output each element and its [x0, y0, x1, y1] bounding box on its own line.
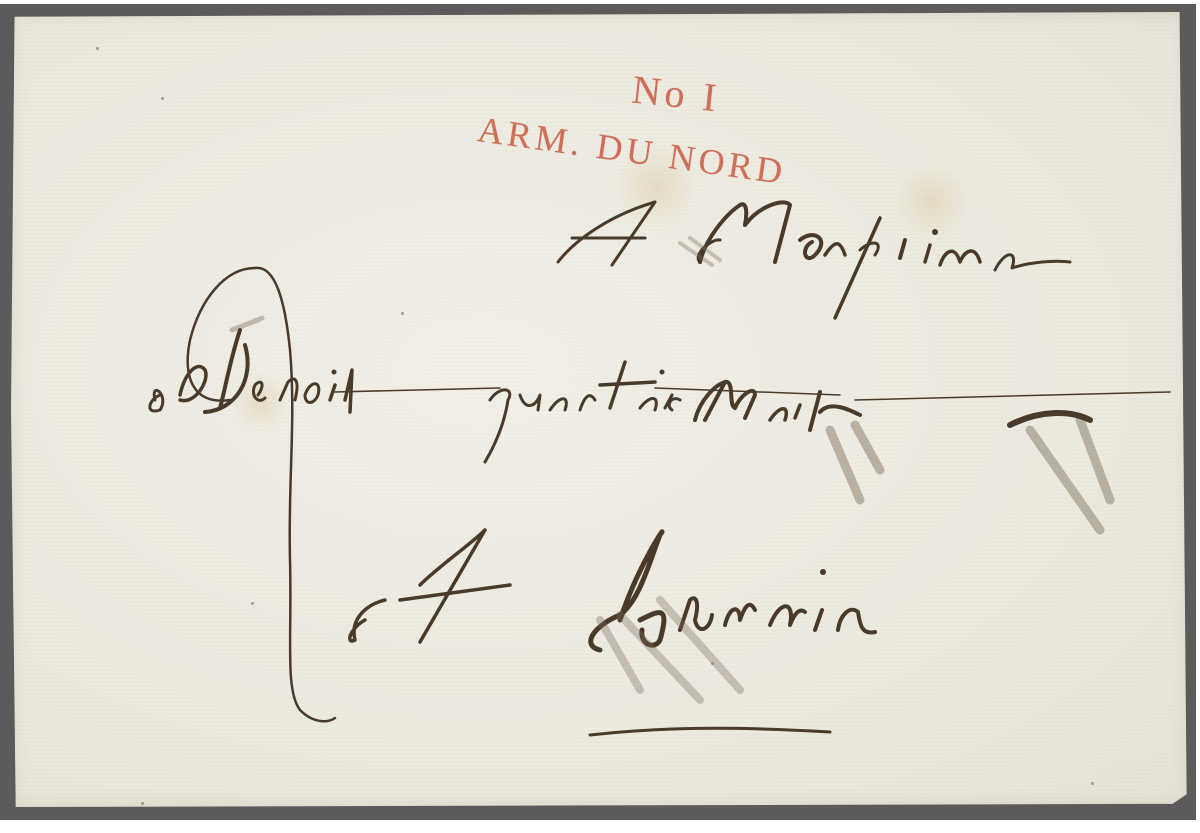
address-line-2: Denoirt quartier Maitre: [0, 0, 1, 1]
age-stain: [891, 162, 971, 242]
handstamp-number: No I: [630, 66, 723, 122]
foxing-spot: [401, 312, 404, 315]
rate-mark: Q: [0, 0, 1, 1]
foxing-spot: [1091, 782, 1094, 785]
foxing-spot: [141, 802, 144, 805]
foxing-spot: [161, 97, 164, 100]
foxing-spot: [96, 47, 99, 50]
address-line-1: A Monsieur: [0, 0, 1, 1]
scan-scene: No I ARM. DU NORD: [0, 0, 1200, 833]
foxing-spot: [711, 662, 714, 665]
address-line-3: A Louvain: [0, 0, 1, 1]
foxing-spot: [251, 602, 254, 605]
age-stain: [231, 372, 291, 432]
